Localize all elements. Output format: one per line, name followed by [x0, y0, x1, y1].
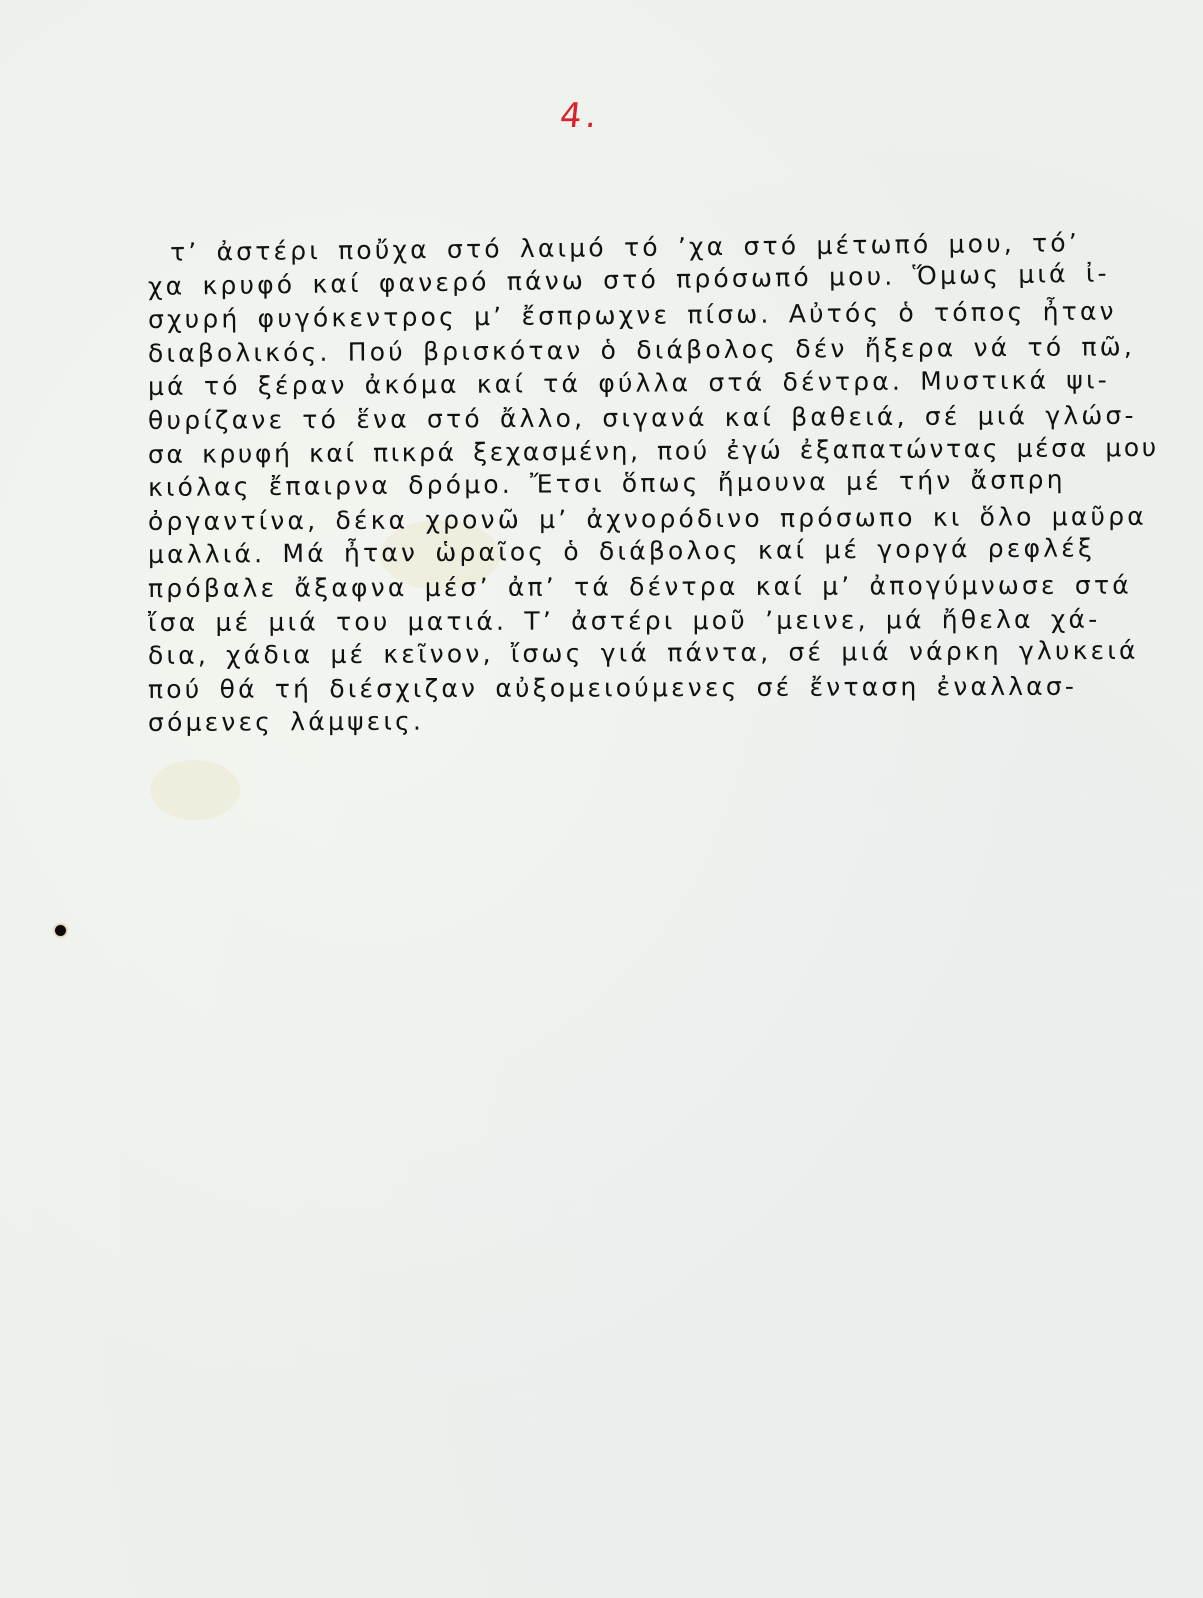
paper-stain: [150, 760, 240, 820]
text-line: δια, χάδια μέ κεῖνον, ἴσως γιά πάντα, σέ…: [148, 634, 1158, 673]
text-line: μαλλιά. Μά ἦταν ὡραῖος ὁ διάβολος καί μέ…: [148, 531, 1158, 572]
text-line: πρόβαλε ἄξαφνα μέσ’ ἀπ’ τά δέντρα καί μ’…: [148, 568, 1158, 605]
text-line: σόμενες λάμψεις.: [148, 701, 1158, 740]
text-line: μά τό ξέραν ἀκόμα καί τά φύλλα στά δέντρ…: [148, 363, 1158, 404]
manuscript-paper: 4. τ’ ἀστέρι ποὔχα στό λαιμό τό ’χα στό …: [0, 0, 1203, 1598]
text-line: κιόλας ἔπαιρνα δρόμο. Ἔτσι ὅπως ἤμουνα μ…: [148, 462, 1158, 504]
ink-dot-mark: [55, 925, 66, 936]
page-number: 4.: [558, 96, 603, 136]
handwritten-text-block: τ’ ἀστέρι ποὔχα στό λαιμό τό ’χα στό μέτ…: [148, 236, 1158, 740]
